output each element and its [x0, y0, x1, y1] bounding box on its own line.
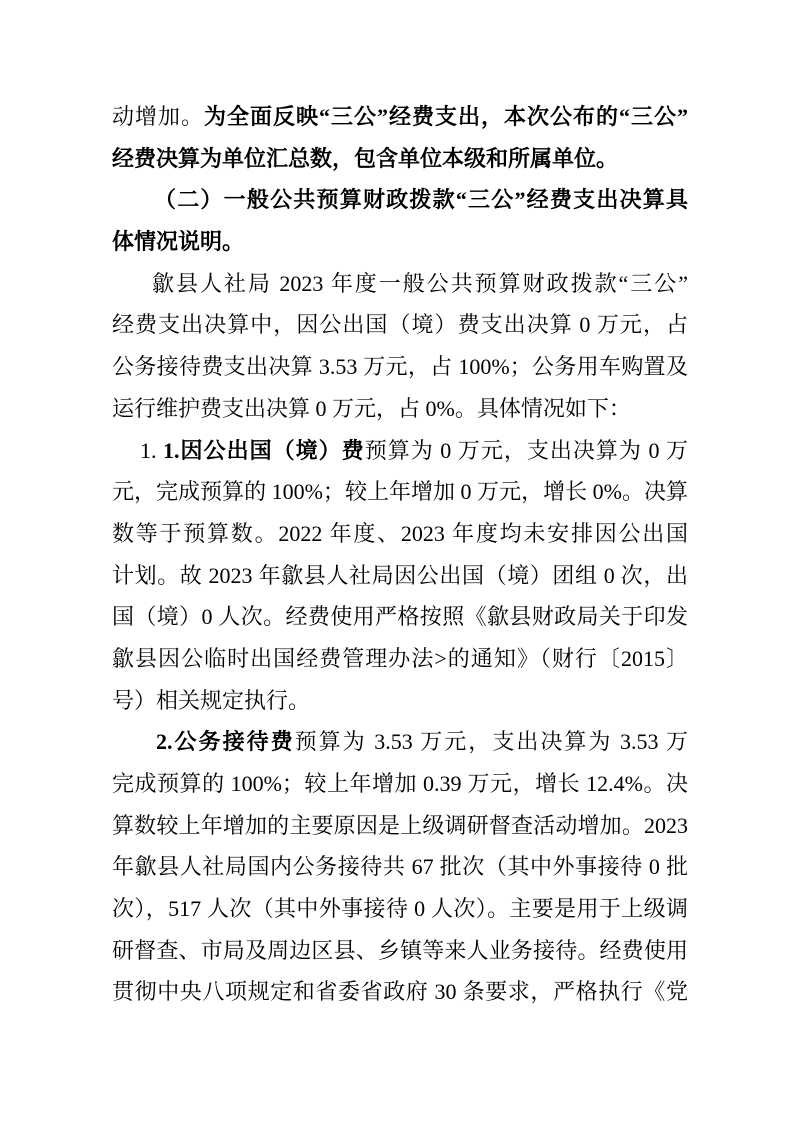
text-line: 贯彻中央八项规定和省委省政府 30 条要求，严格执行《党	[112, 971, 688, 1013]
document-body: 动增加。为全面反映“三公”经费支出，本次公布的“三公”经费决算为单位汇总数，包含…	[112, 96, 688, 1013]
text-line: 国（境）0 人次。经费使用严格按照《歙县财政局关于印发<	[112, 596, 688, 638]
text-line: 数等于预算数。2022 年度、2023 年度均未安排因公出国（境）	[112, 513, 688, 555]
text-run: 计划。故 2023 年歙县人社局因公出国（境）团组 0 次，出	[112, 563, 688, 588]
text-run: 算数较上年增加的主要原因是上级调研督查活动增加。2023	[112, 813, 688, 838]
text-run: 运行维护费支出决算 0 万元，占 0%。具体情况如下：	[112, 396, 631, 421]
document-page: 动增加。为全面反映“三公”经费支出，本次公布的“三公”经费决算为单位汇总数，包含…	[0, 0, 793, 1122]
text-line: 运行维护费支出决算 0 万元，占 0%。具体情况如下：	[112, 388, 688, 430]
text-run: 国（境）0 人次。经费使用严格按照《歙县财政局关于印发<	[112, 604, 688, 638]
text-run: 次），517 人次（其中外事接待 0 人次）。主要是用于上级调	[112, 896, 688, 921]
text-line: 完成预算的 100%；较上年增加 0.39 万元，增长 12.4%。决	[112, 763, 688, 805]
bold-text-run: 经费决算为单位汇总数，包含单位本级和所属单位。	[112, 146, 618, 171]
text-line: 体情况说明。	[112, 221, 688, 263]
text-run: 歙县人社局 2023 年度一般公共预算财政拨款“三公”	[152, 271, 688, 296]
text-line: 经费决算为单位汇总数，包含单位本级和所属单位。	[112, 138, 688, 180]
bold-text-run: 2.公务接待费	[156, 729, 295, 754]
text-run: 贯彻中央八项规定和省委省政府 30 条要求，严格执行《党	[112, 979, 688, 1004]
text-line: 歙县人社局 2023 年度一般公共预算财政拨款“三公”	[112, 263, 688, 305]
text-run: 年歙县人社局国内公务接待共 67 批次（其中外事接待 0 批	[112, 854, 688, 879]
text-line: 2.公务接待费预算为 3.53 万元，支出决算为 3.53 万元，	[112, 721, 688, 763]
text-line: 动增加。为全面反映“三公”经费支出，本次公布的“三公”	[112, 96, 688, 138]
text-run: 经费支出决算中，因公出国（境）费支出决算 0 万元，占 0%；	[112, 312, 688, 346]
text-line: 次），517 人次（其中外事接待 0 人次）。主要是用于上级调	[112, 888, 688, 930]
bold-text-run: 为全面反映“三公”经费支出，本次公布的“三公”	[204, 104, 688, 129]
text-run: 预算为 0 万元，支出决算为 0 万	[365, 438, 688, 463]
text-run: 数等于预算数。2022 年度、2023 年度均未安排因公出国（境）	[112, 521, 688, 555]
text-line: 经费支出决算中，因公出国（境）费支出决算 0 万元，占 0%；	[112, 304, 688, 346]
text-line: 公务接待费支出决算 3.53 万元，占 100%；公务用车购置及	[112, 346, 688, 388]
text-run: 完成预算的 100%；较上年增加 0.39 万元，增长 12.4%。决	[112, 771, 688, 796]
text-run: 元，完成预算的 100%；较上年增加 0 万元，增长 0%。决算	[112, 479, 688, 504]
text-line: 年歙县人社局国内公务接待共 67 批次（其中外事接待 0 批	[112, 846, 688, 888]
bold-text-run: 1.因公出国（境）费	[163, 438, 365, 463]
bold-text-run: （二）一般公共预算财政拨款“三公”经费支出决算具	[154, 187, 688, 212]
text-line: 元，完成预算的 100%；较上年增加 0 万元，增长 0%。决算	[112, 471, 688, 513]
text-run: 号）相关规定执行。	[112, 688, 310, 713]
text-line: 号）相关规定执行。	[112, 680, 688, 722]
text-line: 计划。故 2023 年歙县人社局因公出国（境）团组 0 次，出	[112, 555, 688, 597]
text-run: 动增加。	[112, 104, 204, 129]
text-run: 公务接待费支出决算 3.53 万元，占 100%；公务用车购置及	[112, 354, 688, 379]
text-line: 1. 1.因公出国（境）费预算为 0 万元，支出决算为 0 万	[112, 430, 688, 472]
text-line: 歙县因公临时出国经费管理办法>的通知》（财行〔2015〕202	[112, 638, 688, 680]
text-line: 算数较上年增加的主要原因是上级调研督查活动增加。2023	[112, 805, 688, 847]
text-line: 研督查、市局及周边区县、乡镇等来人业务接待。经费使用	[112, 930, 688, 972]
text-line: （二）一般公共预算财政拨款“三公”经费支出决算具	[112, 179, 688, 221]
text-run: 1.	[140, 438, 163, 463]
bold-text-run: 体情况说明。	[112, 229, 244, 254]
text-run: 歙县因公临时出国经费管理办法>的通知》（财行〔2015〕202	[112, 646, 688, 680]
text-run: 研督查、市局及周边区县、乡镇等来人业务接待。经费使用	[112, 938, 688, 963]
